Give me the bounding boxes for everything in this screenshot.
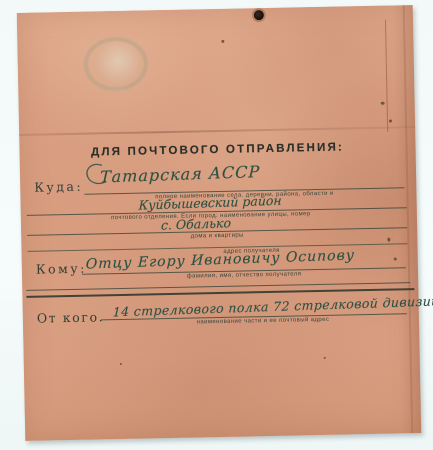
paper-speck [221,40,224,43]
stain-mark [83,36,148,91]
fold-crease [19,126,415,136]
paper-speck [387,238,390,242]
paper-edge-shadow [403,5,414,433]
scanned-postal-form-image: ДЛЯ ПОЧТОВОГО ОТПРАВЛЕНИЯ: Куда: Татарск… [0,0,433,450]
paper-speck [381,102,385,105]
handwritten-region: Татарская АССР [100,162,261,186]
field-label-kuda: Куда: [34,179,83,195]
paper-speck [389,120,392,123]
field-label-ot-kogo: От кого. [37,309,105,325]
form-title: ДЛЯ ПОЧТОВОГО ОТПРАВЛЕНИЯ: [19,140,415,160]
paper-speck [120,363,122,365]
punch-hole [254,10,264,20]
paper-speck [394,257,397,260]
fold-crease [385,20,388,132]
field-label-komu: Кому: [36,261,87,277]
postal-form-paper: ДЛЯ ПОЧТОВОГО ОТПРАВЛЕНИЯ: Куда: Татарск… [17,5,422,441]
paper-speck [324,357,326,359]
